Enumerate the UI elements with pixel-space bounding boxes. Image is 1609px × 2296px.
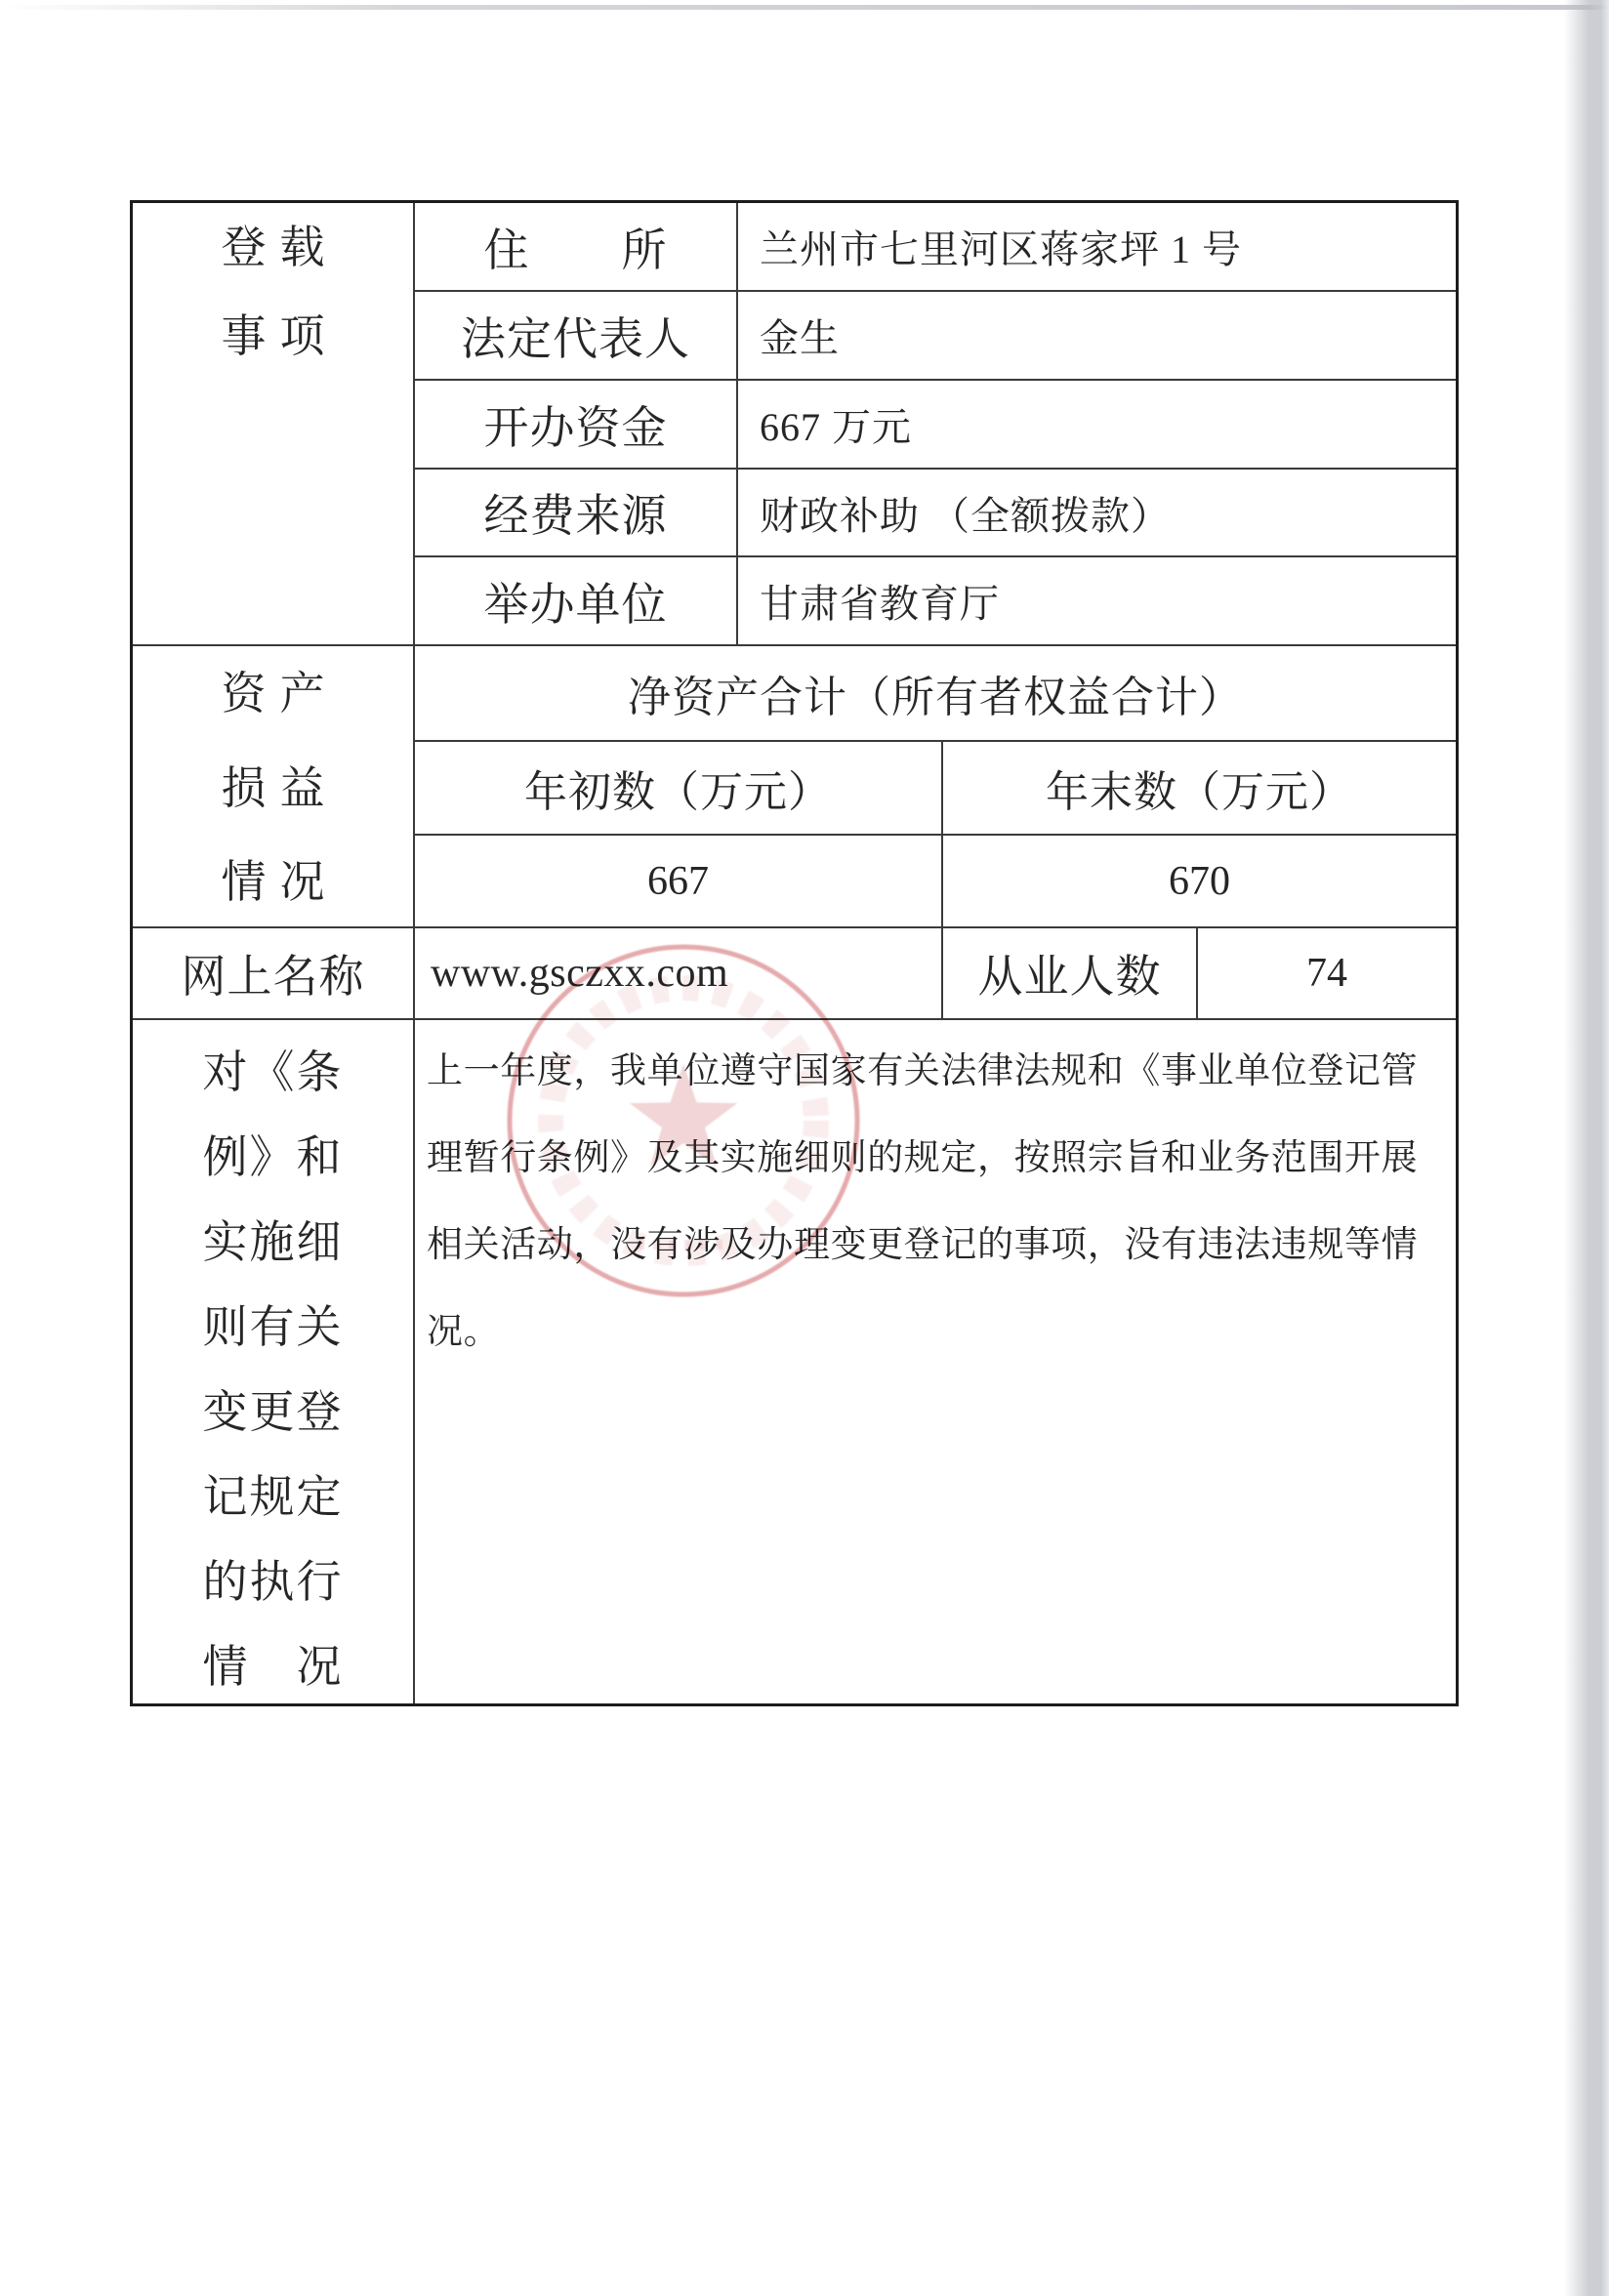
online-name-value: www.gsczxx.com	[415, 928, 943, 1020]
compliance-label-line: 例》和	[203, 1115, 344, 1200]
compliance-label-line: 变更登	[203, 1370, 344, 1455]
compliance-section-header-cell: 对《条 例》和 实施细 则有关 变更登 记规定 的执行 情 况	[133, 1020, 415, 1703]
scan-edge-right	[1564, 0, 1609, 2296]
assets-label-line: 损益	[208, 742, 339, 836]
registered-items-label-line: 登载	[208, 203, 339, 292]
funding-source-label: 经费来源	[415, 470, 738, 557]
residence-label: 住 所	[415, 203, 738, 292]
startup-capital-value: 667 万元	[738, 381, 1456, 470]
sponsor-unit-label: 举办单位	[415, 557, 738, 646]
registration-annual-report-table: 登载 事项 住 所 兰州市七里河区蒋家坪 1 号 法定代表人 金生 开办资金 6…	[130, 200, 1459, 1706]
compliance-label-line: 实施细	[203, 1200, 344, 1285]
compliance-statement-line: 况。	[427, 1289, 500, 1375]
compliance-label-line: 对《条	[203, 1030, 344, 1115]
year-begin-value: 667	[415, 836, 943, 928]
scan-edge-top	[0, 5, 1609, 10]
assets-label-line: 情况	[208, 836, 339, 928]
year-end-column-header: 年末数（万元）	[943, 742, 1456, 836]
registered-items-header-cell: 登载 事项	[133, 203, 415, 646]
compliance-statement-line: 相关活动，没有涉及办理变更登记的事项，没有违法违规等情	[427, 1202, 1418, 1289]
staff-count-label: 从业人数	[943, 928, 1198, 1020]
staff-count-value: 74	[1198, 928, 1456, 1020]
residence-value: 兰州市七里河区蒋家坪 1 号	[738, 203, 1456, 292]
year-end-value: 670	[943, 836, 1456, 928]
compliance-label-line: 的执行	[203, 1539, 344, 1624]
online-name-label: 网上名称	[133, 928, 415, 1020]
registered-items-label-line: 事项	[208, 292, 339, 381]
compliance-label-line: 记规定	[203, 1455, 344, 1539]
net-assets-header: 净资产合计（所有者权益合计）	[415, 646, 1456, 742]
compliance-statement-line: 上一年度，我单位遵守国家有关法律法规和《事业单位登记管	[427, 1028, 1418, 1115]
sponsor-unit-value: 甘肃省教育厅	[738, 557, 1456, 646]
assets-section-header-cell: 资产 损益 情况	[133, 646, 415, 928]
legal-representative-label: 法定代表人	[415, 292, 738, 381]
legal-representative-value: 金生	[738, 292, 1456, 381]
compliance-label-line: 则有关	[203, 1285, 344, 1370]
compliance-statement: 上一年度，我单位遵守国家有关法律法规和《事业单位登记管 理暂行条例》及其实施细则…	[415, 1020, 1456, 1703]
compliance-label-line: 情 况	[203, 1624, 344, 1709]
scanned-document-page: 登载 事项 住 所 兰州市七里河区蒋家坪 1 号 法定代表人 金生 开办资金 6…	[0, 0, 1609, 2296]
compliance-statement-line: 理暂行条例》及其实施细则的规定，按照宗旨和业务范围开展	[427, 1115, 1418, 1202]
funding-source-value: 财政补助 （全额拨款）	[738, 470, 1456, 557]
startup-capital-label: 开办资金	[415, 381, 738, 470]
assets-label-line: 资产	[208, 646, 339, 742]
year-begin-column-header: 年初数（万元）	[415, 742, 943, 836]
